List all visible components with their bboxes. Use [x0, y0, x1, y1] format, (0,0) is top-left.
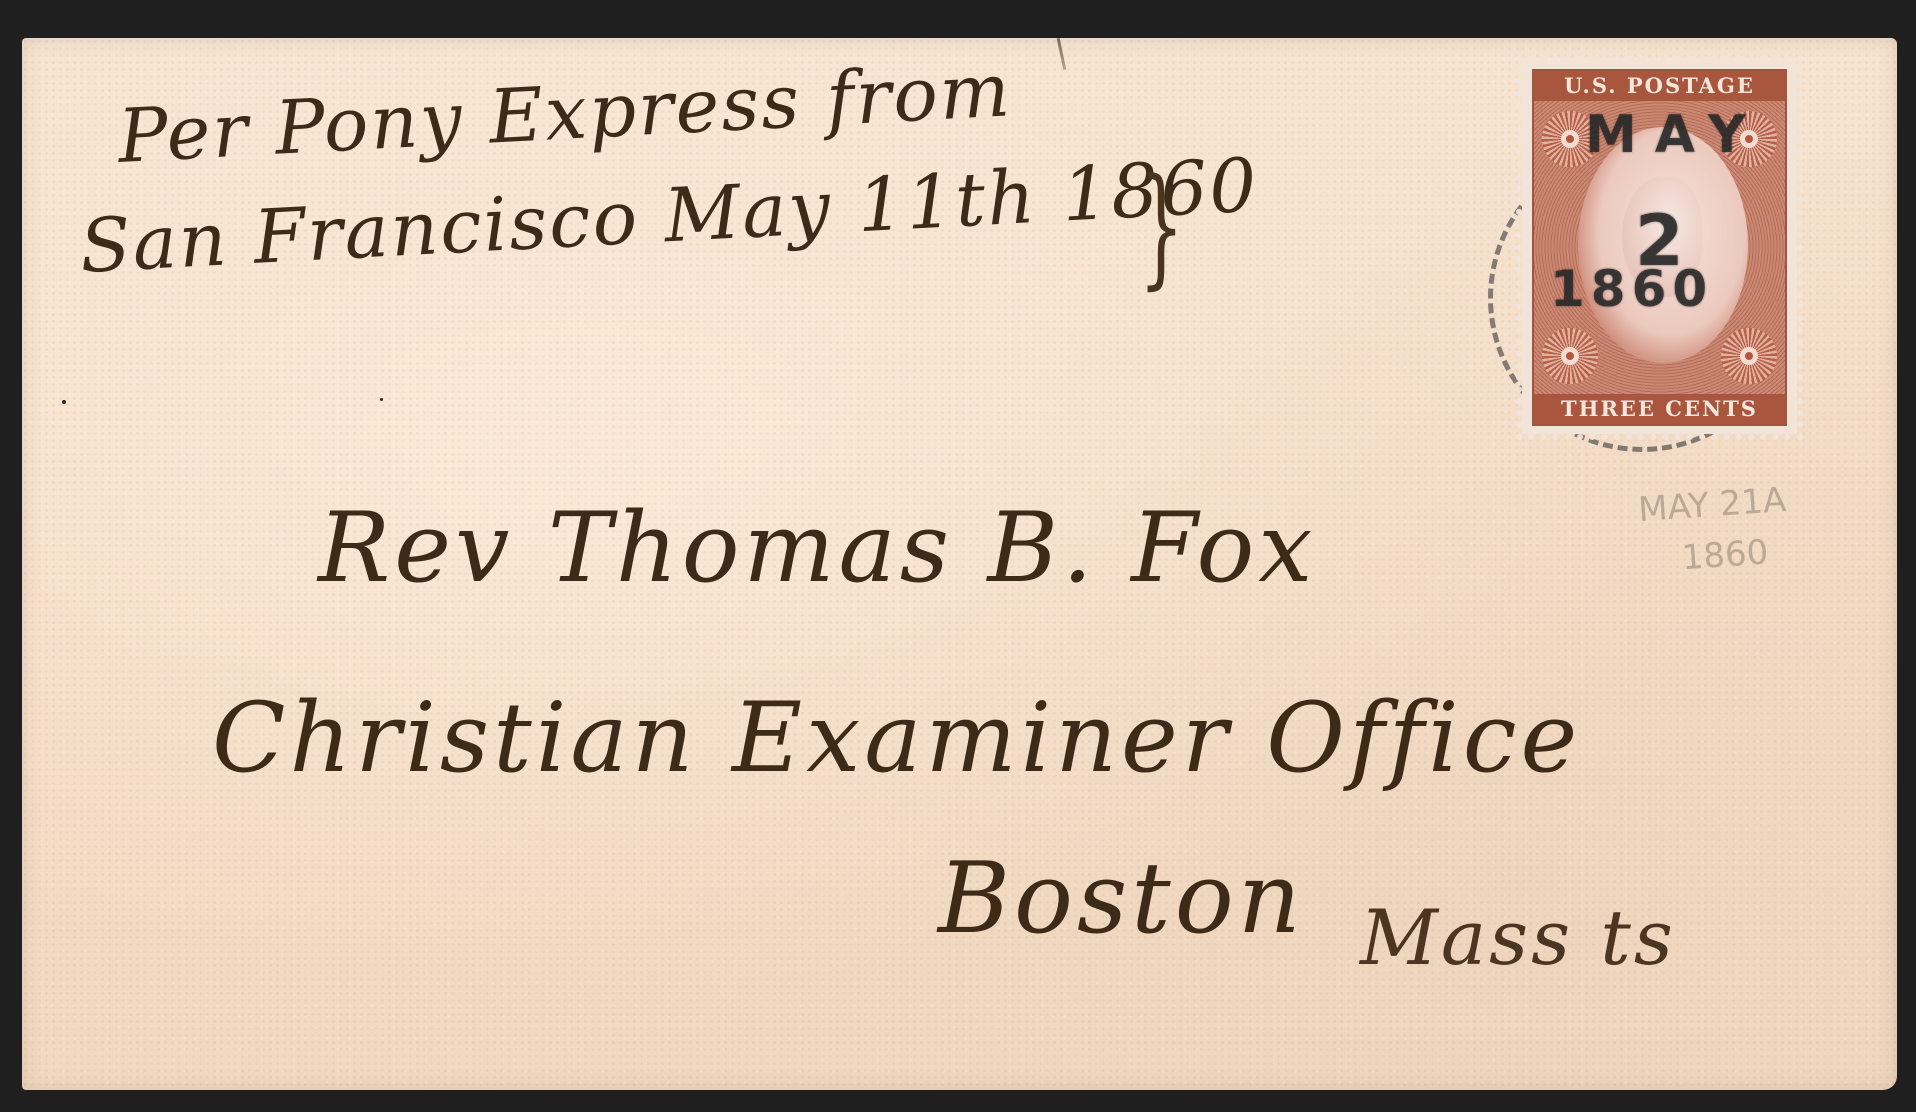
pencil-notation: MAY 21A 1860	[1637, 475, 1792, 587]
stamp-top-label: U.S. POSTAGE	[1534, 71, 1785, 101]
rosette-icon	[1721, 328, 1777, 384]
ink-speck	[62, 400, 66, 404]
address-recipient: Rev Thomas B. Fox	[318, 500, 1316, 596]
address-state: Mass ts	[1360, 900, 1676, 976]
address-city: Boston	[938, 850, 1305, 948]
pencil-date: MAY 21A	[1637, 480, 1787, 530]
postmark-year: 1860	[1550, 260, 1713, 318]
pencil-year: 1860	[1680, 526, 1791, 584]
ink-speck	[380, 398, 383, 401]
rosette-icon	[1542, 328, 1598, 384]
postmark-month: MAY	[1585, 105, 1764, 165]
stamp-bottom-label: THREE CENTS	[1534, 394, 1785, 424]
address-office: Christian Examiner Office	[212, 690, 1581, 786]
docket-brace: }	[1139, 150, 1184, 302]
